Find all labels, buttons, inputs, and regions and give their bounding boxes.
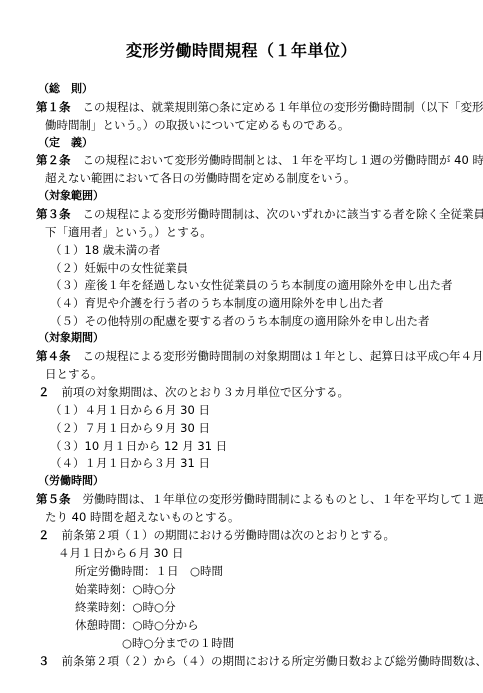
paragraph-2-line: ２前項の対象期間は、次のとおり３カ月単位で区分する。: [38, 385, 349, 399]
list-item: （２）妊娠中の女性従業員: [50, 261, 188, 275]
paragraph-text: 前条第２項（１）の期間における労働時間は次のとおりとする。: [62, 528, 396, 542]
schedule-item: ○時○分までの１時間: [122, 636, 234, 650]
schedule-item: 終業時刻：○時○分: [75, 600, 176, 614]
schedule-item: 始業時刻：○時○分: [75, 582, 176, 596]
article-number: 第５条: [36, 492, 71, 506]
period-label: ４月１日から６月 30 日: [58, 546, 183, 560]
section-heading-scope: （対象範囲）: [38, 189, 104, 203]
article-number: 第３条: [36, 207, 71, 221]
section-heading-period: （対象期間）: [38, 331, 104, 345]
article-text: この規程は、就業規則第○条に定める１年単位の変形労働時間制（以下「変形労: [83, 100, 483, 114]
section-heading-definition: （定 義）: [38, 136, 93, 150]
article-3-line-1: 第３条この規程による変形労働時間制は、次のいずれかに該当する者を除く全従業員（以: [36, 207, 483, 221]
list-item: （４）１月１日から３月 31 日: [50, 456, 210, 470]
article-text: この規程において変形労働時間制とは、１年を平均し１週の労働時間が 40 時間を: [83, 153, 483, 167]
article-1-line-2: 働時間制」という。）の取扱いについて定めるものである。: [45, 118, 350, 132]
article-5-line-1: 第５条労働時間は、１年単位の変形労働時間制によるものとし、１年を平均して１週あ: [36, 492, 483, 506]
schedule-item: 休憩時間：○時○分から: [75, 618, 199, 632]
paragraph-number: ３: [38, 654, 50, 668]
list-item: （１）18 歳未満の者: [50, 243, 160, 257]
article-3-line-2: 下「適用者」という。）とする。: [45, 225, 212, 239]
list-item: （３）10 月１日から 12 月 31 日: [50, 439, 227, 453]
article-2-line-2: 超えない範囲において各日の労働時間を定める制度をいう。: [45, 171, 356, 185]
article-number: 第４条: [36, 349, 71, 363]
article-2-line-1: 第２条この規程において変形労働時間制とは、１年を平均し１週の労働時間が 40 時…: [36, 153, 483, 167]
article-4-line-1: 第４条この規程による変形労働時間制の対象期間は１年とし、起算日は平成○年４月１: [36, 349, 483, 363]
paragraph-2-line: ２前条第２項（１）の期間における労働時間は次のとおりとする。: [38, 528, 395, 542]
document-page: 変形労働時間規程（１年単位） （総 則） 第１条この規程は、就業規則第○条に定め…: [0, 0, 483, 693]
paragraph-number: ２: [38, 385, 50, 399]
article-text: 労働時間は、１年単位の変形労働時間制によるものとし、１年を平均して１週あ: [83, 492, 483, 506]
paragraph-3-line: ３前条第２項（２）から（４）の期間における所定労働日数および総労働時間数は、次: [38, 654, 483, 668]
article-text: この規程による変形労働時間制の対象期間は１年とし、起算日は平成○年４月１: [83, 349, 483, 363]
article-number: 第１条: [36, 100, 71, 114]
paragraph-text: 前項の対象期間は、次のとおり３カ月単位で区分する。: [62, 385, 350, 399]
section-heading-working-hours: （労働時間）: [38, 474, 104, 488]
document-title: 変形労働時間規程（１年単位）: [0, 38, 483, 61]
section-heading-general: （総 則）: [38, 82, 93, 96]
paragraph-number: ２: [38, 528, 50, 542]
article-5-line-2: たり 40 時間を超えないものとする。: [45, 510, 239, 524]
article-4-line-2: 日とする。: [45, 367, 103, 381]
article-1-line-1: 第１条この規程は、就業規則第○条に定める１年単位の変形労働時間制（以下「変形労: [36, 100, 483, 114]
list-item: （４）育児や介護を行う者のうち本制度の適用除外を申し出た者: [50, 296, 384, 310]
list-item: （１）４月１日から６月 30 日: [50, 403, 210, 417]
list-item: （５）その他特別の配慮を要する者のうち本制度の適用除外を申し出た者: [50, 314, 430, 328]
list-item: （２）７月１日から９月 30 日: [50, 421, 210, 435]
list-item: （３）産後１年を経過しない女性従業員のうち本制度の適用除外を申し出た者: [50, 278, 453, 292]
paragraph-text: 前条第２項（２）から（４）の期間における所定労働日数および総労働時間数は、次: [62, 654, 483, 668]
article-number: 第２条: [36, 153, 71, 167]
article-text: この規程による変形労働時間制は、次のいずれかに該当する者を除く全従業員（以: [83, 207, 483, 221]
schedule-item: 所定労働時間：１日 ○時間: [75, 564, 223, 578]
